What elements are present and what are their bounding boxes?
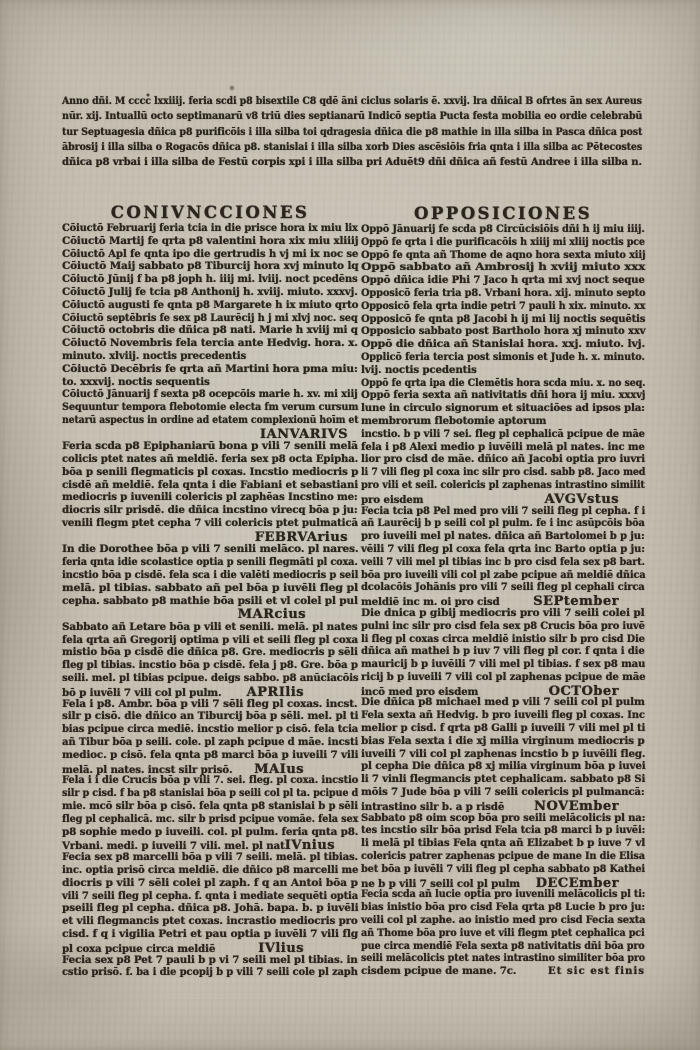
text-span: Cōiuctō Maij sabbato p8 Tiburcij hora xv… bbox=[62, 260, 358, 272]
text-span: añ Laurēcij b p seili col pl pulm. fe i … bbox=[361, 517, 645, 529]
text-line: cstio prisō. f. ba i die pcopij b p vili… bbox=[62, 966, 358, 979]
text-line: In die Dorothee bōa p vili 7 senili melā… bbox=[62, 543, 358, 556]
text-span: fela qrta añ Gregorij optima p vili et s… bbox=[62, 634, 358, 646]
text-span: Opposicō fela qrta indie petri 7 pauli h… bbox=[361, 300, 645, 312]
text-span: membrorum flebotomie aptorum bbox=[361, 415, 546, 427]
text-span: fleg pl tibias. incstio bōa p cisdē. fel… bbox=[62, 659, 358, 671]
text-span: Cōiuctō Jānuarij f sexta p8 ocepcōis mar… bbox=[62, 388, 358, 400]
text-line: Oppō feria sexta añ nativitatis dñi hora… bbox=[361, 389, 645, 402]
text-span: p8 sophie medo p iuveili. col. pl pulm. … bbox=[62, 826, 358, 838]
text-line: pulni inc silr pro cisd fela sex p8 Cruc… bbox=[361, 620, 645, 633]
page-background: Anno dñi. M cccc lxxiiij. feria scdi p8 … bbox=[0, 0, 700, 1050]
text-span: fleg pl cephalicā. mc. silr b prisd pcip… bbox=[62, 813, 358, 825]
text-span: melior p cisd. f qrta p8 Galli p iuveili… bbox=[361, 722, 645, 734]
text-line: Fecia tcia p8 Pel med pro vili 7 seili f… bbox=[361, 505, 645, 518]
intro-line: nūr. xij. Intuallū octo septimanarū v8 t… bbox=[62, 111, 642, 126]
text-span: Cōiuctō Jūnij f ba p8 joph h. iiij mi. l… bbox=[62, 273, 358, 285]
text-span: vēili 7 vili fleg pl coxa fela qrta inc … bbox=[361, 543, 645, 555]
text-span: lvij. noctis pcedentis bbox=[361, 364, 477, 376]
text-line: p8 sophie medo p iuveili. col. pl pulm. … bbox=[62, 826, 358, 839]
text-span: venili flegm ptet cepha 7 vili colericis… bbox=[62, 517, 358, 529]
text-line: Oppō dñica idie Phi 7 Jaco h qrta mi xvj… bbox=[361, 274, 645, 287]
column-header: CONIVNCCIONES bbox=[62, 203, 358, 222]
text-span: Oppō fe qnta añ Thome de aqno hora sexta… bbox=[361, 249, 645, 261]
month-header: MARcius bbox=[62, 607, 358, 621]
text-span: Oppō feria sexta añ nativitatis dñi hora… bbox=[361, 389, 645, 401]
text-span: tur Septuagesia dñica p8 purificōis i il… bbox=[62, 127, 642, 138]
text-span: Fecia scda añ lucie optia pro iuvenili m… bbox=[361, 888, 645, 900]
text-line: Oppō fe qrta ipa die Clemētis hora scda … bbox=[361, 377, 645, 390]
text-line: melā. pl tibias. sabbato añ pel bōa p iu… bbox=[62, 582, 358, 595]
text-line: li melā pl tibias Fela qnta añ Elizabet … bbox=[361, 837, 645, 850]
column-header: OPPOSICIONES bbox=[361, 204, 645, 223]
text-span: mediocris p iuvenili colericis pl zaphēa… bbox=[62, 491, 358, 503]
column-header-label: OPPOSICIONES bbox=[414, 204, 592, 223]
text-line: Cōiuctō Jūnij f ba p8 joph h. iiij mi. l… bbox=[62, 273, 358, 286]
text-line: fleg pl tibias. incstio bōa p cisdē. fel… bbox=[62, 659, 358, 672]
text-line: vili 7 seili fleg pl cepha. f. qnta i me… bbox=[62, 890, 358, 903]
column-header-label: CONIVNCCIONES bbox=[111, 203, 310, 222]
text-span: Opposicō feria tria p8. Vrbani hora. xij… bbox=[361, 287, 645, 299]
text-span: Cōiuctō Februarij feria tcia in die pris… bbox=[62, 222, 358, 234]
text-line: feria qnta idie scolastice optia p senil… bbox=[62, 556, 358, 569]
month-header: FEBRVArius bbox=[62, 530, 358, 544]
text-line: Cōiuctō Maij sabbato p8 Tiburcij hora xv… bbox=[62, 260, 358, 273]
text-span: Cōiuctō Novembris fela tercia ante Hedvi… bbox=[62, 337, 358, 349]
text-span: Oppō Jānuarij fe scda p8 Circūcisiōis dñ… bbox=[361, 223, 645, 235]
text-line: Oppō Jānuarij fe scda p8 Circūcisiōis dñ… bbox=[361, 223, 645, 236]
text-line: Fecia scda añ lucie optia pro iuvenili m… bbox=[361, 888, 645, 901]
text-line: Cōiuctō Jānuarij f sexta p8 ocepcōis mar… bbox=[62, 388, 358, 401]
text-line: Oppō sabbato añ Ambrosij h xviij miuto x… bbox=[361, 261, 645, 274]
left-column: CONIVNCCIONESCōiuctō Februarij feria tci… bbox=[62, 203, 358, 979]
text-span: Oppō sabbato añ Ambrosij h xviij miuto x… bbox=[361, 261, 645, 273]
text-line: Oppō fe qrta i die purificacōis h xiiij … bbox=[361, 236, 645, 249]
text-line: Feria scda p8 Epiphaniarū bona p vili 7 … bbox=[62, 440, 358, 453]
text-line: lune in circulo signorum et situaciōes a… bbox=[361, 402, 645, 415]
text-span: Opposicō fe qnta p8 Jacobi h ij mi lij n… bbox=[361, 313, 645, 325]
text-span: colicis ptet nates añ meldiē. feria sex … bbox=[62, 453, 358, 465]
text-line: to. xxxvij. noctis sequentis bbox=[62, 376, 358, 389]
text-line: silr p cisō. die dñico an Tiburcij bōa p… bbox=[62, 710, 358, 723]
text-span: dñica p8 vrbai i illa silba de Festū cor… bbox=[62, 157, 642, 168]
text-line: Opposicō fe qnta p8 Jacobi h ij mi lij n… bbox=[361, 313, 645, 326]
text-span: Opplicō feria tercia post simonis et Jud… bbox=[361, 351, 645, 363]
text-span: mōis 7 Jude bōa p vili 7 seili colericis… bbox=[361, 786, 645, 798]
text-line-with-month-header: incō med pro eisdemOCTOber bbox=[361, 684, 645, 697]
text-line-with-month-header: melā. pl nates. incst silr prisō.MAIus bbox=[62, 762, 358, 775]
text-line: Opposicō fela qrta indie petri 7 pauli h… bbox=[361, 300, 645, 313]
text-line-with-month-header: intrastino silr b. a p risdēNOVEmber bbox=[361, 799, 645, 812]
text-span: Oppō die dñica añ Stanislai hora. xxj. m… bbox=[361, 338, 645, 350]
text-span: pl cepha Die dñica p8 xj milia virginum … bbox=[361, 760, 645, 772]
text-line: netarū aspectus in ordine ad etatem comp… bbox=[62, 414, 358, 427]
intro-line: Anno dñi. M cccc lxxiiij. feria scdi p8 … bbox=[62, 96, 642, 111]
text-span: mauricij b p iuvēili 7 vili mel pl tibia… bbox=[361, 658, 645, 670]
text-line: Cōiuctō augusti fe qnta p8 Margarete h i… bbox=[62, 299, 358, 312]
text-span: seili. mel. pl tibias pcipue. deigs sabb… bbox=[62, 672, 358, 684]
text-span: Die dñica p8 michael med p vili 7 seili … bbox=[361, 696, 645, 708]
text-span: pulni inc silr pro cisd fela sex p8 Cruc… bbox=[361, 620, 645, 632]
text-line: veili 7 vili mel pl tibias inc b pro cis… bbox=[361, 556, 645, 569]
text-span: cepha. sabbato p8 mathie bōa psili et vl… bbox=[62, 595, 358, 607]
text-line: fleg pl cephalicā. mc. silr b prisd pcip… bbox=[62, 813, 358, 826]
text-line: cisdē añ meldiē. fela qnta i die Fabiani… bbox=[62, 479, 358, 492]
text-line: añ Laurēcij b p seili col pl pulm. fe i … bbox=[361, 517, 645, 530]
text-line: Oppō die dñica añ Stanislai hora. xxj. m… bbox=[361, 338, 645, 351]
text-span: fela i p8 Alexi medio p iuvēili melā pl … bbox=[361, 441, 645, 453]
text-span: veili 7 vili mel pl tibias inc b pro cis… bbox=[361, 556, 645, 568]
text-span: incstio. b p vili 7 sei. fleg pl cephali… bbox=[361, 428, 645, 440]
text-span: Anno dñi. M cccc lxxiiij. feria scdi p8 … bbox=[62, 96, 642, 107]
text-span: nūr. xij. Intuallū octo septimanarū v8 t… bbox=[62, 111, 642, 122]
text-line: seili. mel. pl tibias pcipue. deigs sabb… bbox=[62, 672, 358, 685]
text-line: minuto. xlviij. noctis precedentis bbox=[62, 350, 358, 363]
text-span: et vili flegmancis ptet coxas. incrastio… bbox=[62, 915, 358, 927]
text-span: vili 7 seili fleg pl cepha. f. qnta i me… bbox=[62, 890, 358, 902]
text-span: pro iuveili mel pl nates. dñica añ Barto… bbox=[361, 530, 645, 542]
text-line: medioc. p cisō. fela qnta p8 marci bōa p… bbox=[62, 749, 358, 762]
text-span: añ Tibur bōa p seili. cole. pl zaph pcip… bbox=[62, 736, 358, 748]
text-line: pro iuveili mel pl nates. dñica añ Barto… bbox=[361, 530, 645, 543]
text-span: colericis patrer zaphenas pcipue de mane… bbox=[361, 850, 645, 862]
text-span: Cōiuctō septēbris fe sex p8 Laurēcij h j… bbox=[62, 312, 358, 324]
text-span: cisdem pcipue de mane. 7c. bbox=[361, 965, 516, 977]
text-line: Cōiuctō Novembris fela tercia ante Hedvi… bbox=[62, 337, 358, 350]
text-span: seili melācolicis ptet nates intrastino … bbox=[361, 952, 645, 964]
right-column: OPPOSICIONESOppō Jānuarij fe scda p8 Cir… bbox=[361, 204, 645, 978]
text-line: li 7 vinli flegmancis ptet cephalicam. s… bbox=[361, 773, 645, 786]
text-line: añ Tibur bōa p seili. cole. pl zaph pcip… bbox=[62, 736, 358, 749]
text-span: Cōiuctō augusti fe qnta p8 Margarete h i… bbox=[62, 299, 358, 311]
text-span: pro vili et seil. colericis pl zaphenas … bbox=[361, 479, 645, 491]
text-span: silr p cisd. f ba p8 stanislai bōa p sei… bbox=[62, 787, 358, 799]
text-span: cisdē añ meldiē. fela qnta i die Fabiani… bbox=[62, 479, 358, 491]
text-span: bōa pro iuveili vili col pl zabe pcipue … bbox=[361, 569, 645, 581]
text-span: dñica añ mathei b p iuv 7 vili fleg pl c… bbox=[361, 645, 645, 657]
text-line: pue circa mendiē Fela sexta p8 nativitat… bbox=[361, 940, 645, 953]
text-span: Cōiuctō Apl fe qnta ipo die gertrudis h … bbox=[62, 248, 358, 260]
text-line: mediocris p iuvenili colericis pl zaphēa… bbox=[62, 491, 358, 504]
text-span: melā. pl tibias. sabbato añ pel bōa p iu… bbox=[62, 582, 358, 594]
text-span: mistio bōa p cisdē die dñica p8. Gre. me… bbox=[62, 646, 358, 658]
text-line: Fela i p8. Ambr. bōa p vili 7 sēli fleg … bbox=[62, 698, 358, 711]
text-line: seili melācolicis ptet nates intrastino … bbox=[361, 952, 645, 965]
text-line: mistio bōa p cisdē die dñica p8. Gre. me… bbox=[62, 646, 358, 659]
text-span: silr p cisō. die dñico an Tiburcij bōa p… bbox=[62, 710, 358, 722]
text-span: diocris silr prisdē. die dñica incstino … bbox=[62, 504, 358, 516]
text-line: Cōiuctō octobris die dñica p8 nati. Mari… bbox=[62, 324, 358, 337]
text-span: lune in circulo signorum et situaciōes a… bbox=[361, 402, 645, 414]
text-line-with-month-header: pro eisdemAVGVstus bbox=[361, 492, 645, 505]
text-line: Cōiuctō Februarij feria tcia in die pris… bbox=[62, 222, 358, 235]
text-span: li 7 vinli flegmancis ptet cephalicam. s… bbox=[361, 773, 645, 785]
text-line: mie. mcō silr bōa p cisō. fela qnta p8 s… bbox=[62, 800, 358, 813]
text-line: mauricij b p iuvēili 7 vili mel pl tibia… bbox=[361, 658, 645, 671]
text-line: bet bōa p iuvēli 7 vili fleg pl cepha sa… bbox=[361, 863, 645, 876]
text-span: pue circa mendiē Fela sexta p8 nativitat… bbox=[361, 940, 645, 952]
text-line: Sabbato añ Letare bōa p vili et senili. … bbox=[62, 621, 358, 634]
text-line: diocris silr prisdē. die dñica incstino … bbox=[62, 504, 358, 517]
text-span: Fela i p8. Ambr. bōa p vili 7 sēli fleg … bbox=[62, 698, 357, 710]
text-span: Oppō fe qrta ipa die Clemētis hora scda … bbox=[361, 377, 645, 389]
text-line: fela qrta añ Gregorij optima p vili et s… bbox=[62, 634, 358, 647]
text-span: minuto. xlviij. noctis precedentis bbox=[62, 350, 246, 362]
text-line: Opposicio sabbato post Bartholo hora xj … bbox=[361, 325, 645, 338]
text-span: Fecia tcia p8 Pel med pro vili 7 seili f… bbox=[361, 505, 645, 517]
text-line: veili col pl zaphe. ao inistio med pro c… bbox=[361, 914, 645, 927]
text-line: tes incstio silr bōa prisd Fela tcia p8 … bbox=[361, 824, 645, 837]
text-line: lior pro cisd de māe. dñico añ Jacobi op… bbox=[361, 453, 645, 466]
text-span: veili col pl zaphe. ao inistio med pro c… bbox=[361, 914, 645, 926]
text-span: Sequuntur tempora flebotomie electa fm v… bbox=[62, 401, 358, 413]
text-line: inc. optia prisō circa meldiē. die dñico… bbox=[62, 864, 358, 877]
text-line: li 7 vili fleg pl coxa inc silr pro cisd… bbox=[361, 466, 645, 479]
text-span: Cōiuctō Julij fe tcia p8 Anthonij h. xvi… bbox=[62, 286, 358, 298]
text-span: Sabbato p8 oim scop bōa pro seili melāco… bbox=[361, 812, 645, 824]
text-line-with-month-header: ne b p vili 7 seili col pl pulmDECEmber bbox=[361, 876, 645, 889]
text-span: ricij b p iuveili 7 vili col pl zaphenas… bbox=[361, 671, 645, 683]
text-span: cstio prisō. f. ba i die pcopij b p vili… bbox=[62, 966, 358, 978]
text-span: ābrosij i illa silba o Rogacōs dñica p8.… bbox=[62, 142, 642, 153]
text-span: Oppō fe qrta i die purificacōis h xiiij … bbox=[361, 236, 645, 248]
text-line: vēili 7 vili fleg pl coxa fela qrta inc … bbox=[361, 543, 645, 556]
text-span: lior pro cisd de māe. dñico añ Jacobi op… bbox=[361, 453, 645, 465]
text-line: ricij b p iuveili 7 vili col pl zaphenas… bbox=[361, 671, 645, 684]
text-span: pseili fleg pl cepha. dñica p8. Johā. ba… bbox=[62, 902, 358, 914]
text-span: Fela i i die Crucis bōa p vili 7. sei. f… bbox=[62, 774, 358, 786]
text-line: pl cepha Die dñica p8 xj milia virginum … bbox=[361, 760, 645, 773]
text-line: Fecia sex p8 marcelli bōa p vili 7 seili… bbox=[62, 851, 358, 864]
text-span: dcolacōis Johānis pro vili 7 seili fleg … bbox=[361, 581, 645, 593]
text-line: Sabbato p8 oim scop bōa pro seili melāco… bbox=[361, 812, 645, 825]
intro-paragraph: Anno dñi. M cccc lxxiiij. feria scdi p8 … bbox=[62, 96, 642, 172]
text-line: Die dñica p8 michael med p vili 7 seili … bbox=[361, 696, 645, 709]
text-line: bias pcipue circa mediē. incstio melior … bbox=[62, 723, 358, 736]
text-span: li melā pl tibias Fela qnta añ Elizabet … bbox=[361, 837, 645, 849]
text-line: cepha. sabbato p8 mathie bōa psili et vl… bbox=[62, 595, 358, 608]
text-line: bōa pro iuveili vili col pl zabe pcipue … bbox=[361, 569, 645, 582]
text-line: colericis patrer zaphenas pcipue de mane… bbox=[361, 850, 645, 863]
text-line: Sequuntur tempora flebotomie electa fm v… bbox=[62, 401, 358, 414]
text-line: Cōiuctō Decēbris fe qrta añ Martini hora… bbox=[62, 363, 358, 376]
text-line: mōis 7 Jude bōa p vili 7 seili colericis… bbox=[361, 786, 645, 799]
text-line: incstio bōa p cisdē. fela sca i die valē… bbox=[62, 569, 358, 582]
intro-line: tur Septuagesia dñica p8 purificōis i il… bbox=[62, 127, 642, 142]
text-line: pro vili et seil. colericis pl zaphenas … bbox=[361, 479, 645, 492]
text-line: diocris p vili 7 sēli colei pl zaph. f q… bbox=[62, 877, 358, 890]
text-span: bias Fela sexta i die xj milia virginum … bbox=[361, 735, 645, 747]
month-header: IANVARIVS bbox=[62, 427, 358, 441]
text-line: li fleg pl coxas circa meldiē inistio si… bbox=[361, 633, 645, 646]
text-line: Cōiuctō Martij fe qrta p8 valentini hora… bbox=[62, 235, 358, 248]
text-span: bias inistio bōa pro cisd Fela qrta p8 L… bbox=[361, 901, 645, 913]
text-line: iuveili 7 vili col pl zaphenas incstio b… bbox=[361, 748, 645, 761]
text-span: diocris p vili 7 sēli colei pl zaph. f q… bbox=[62, 877, 358, 889]
text-line: lvij. noctis pcedentis bbox=[361, 364, 645, 377]
text-line: fela i p8 Alexi medio p iuvēili melā pl … bbox=[361, 441, 645, 454]
text-span: Oppō dñica idie Phi 7 Jaco h qrta mi xvj… bbox=[361, 274, 645, 286]
text-line: Fela i i die Crucis bōa p vili 7. sei. f… bbox=[62, 774, 358, 787]
text-line: silr p cisd. f ba p8 stanislai bōa p sei… bbox=[62, 787, 358, 800]
text-line-with-month-header: meldiē inc m. oi pro cisdSEPtember bbox=[361, 594, 645, 607]
text-line-with-month-header: pl coxa pcipue circa meldiēIVlius bbox=[62, 941, 358, 954]
text-span: Fecia sex p8 marcelli bōa p vili 7 seili… bbox=[62, 851, 358, 863]
text-span: añ Thome bōa pro iuve et vili flegm ptet… bbox=[361, 927, 645, 939]
text-line: Fela sexta añ Hedvig. b pro iuveili fleg… bbox=[361, 709, 645, 722]
text-line: et vili flegmancis ptet coxas. incrastio… bbox=[62, 915, 358, 928]
text-span: bōa p senili flegmaticis pl coxas. Incst… bbox=[62, 466, 358, 478]
text-line: Opposicō feria tria p8. Vrbani hora. xij… bbox=[361, 287, 645, 300]
text-span: to. xxxvij. noctis sequentis bbox=[62, 376, 210, 388]
intro-line: dñica p8 vrbai i illa silba de Festū cor… bbox=[62, 157, 642, 172]
text-line: Cōiuctō Julij fe tcia p8 Anthonij h. xvi… bbox=[62, 286, 358, 299]
text-line: bōa p senili flegmaticis pl coxas. Incst… bbox=[62, 466, 358, 479]
text-span: Cōiuctō Martij fe qrta p8 valentini hora… bbox=[62, 235, 358, 247]
text-span: incstio bōa p cisdē. fela sca i die valē… bbox=[62, 569, 358, 581]
text-span: In die Dorothee bōa p vili 7 senili melā… bbox=[62, 543, 358, 555]
text-span: bet bōa p iuvēli 7 vili fleg pl cepha sa… bbox=[361, 863, 645, 875]
text-span: li fleg pl coxas circa meldiē inistio si… bbox=[361, 633, 645, 645]
text-line: venili flegm ptet cepha 7 vili colericis… bbox=[62, 517, 358, 530]
text-span: tes incstio silr bōa prisd Fela tcia p8 … bbox=[361, 824, 645, 836]
text-line: dcolacōis Johānis pro vili 7 seili fleg … bbox=[361, 581, 645, 594]
text-line: bias Fela sexta i die xj milia virginum … bbox=[361, 735, 645, 748]
text-line: Opplicō feria tercia post simonis et Jud… bbox=[361, 351, 645, 364]
text-span: feria qnta idie scolastice optia p senil… bbox=[62, 556, 358, 568]
text-line: pseili fleg pl cepha. dñica p8. Johā. ba… bbox=[62, 902, 358, 915]
text-span: Fela sexta añ Hedvig. b pro iuveili fleg… bbox=[361, 709, 645, 721]
text-span: iuveili 7 vili col pl zaphenas incstio b… bbox=[361, 748, 645, 760]
text-span: netarū aspectus in ordine ad etatem comp… bbox=[62, 414, 358, 426]
text-line: incstio. b p vili 7 sei. fleg pl cephali… bbox=[361, 428, 645, 441]
text-span: Cōiuctō octobris die dñica p8 nati. Mari… bbox=[62, 324, 358, 336]
text-line: dñica añ mathei b p iuv 7 vili fleg pl c… bbox=[361, 645, 645, 658]
text-span: medioc. p cisō. fela qnta p8 marci bōa p… bbox=[62, 749, 358, 761]
text-span: Sabbato añ Letare bōa p vili et senili. … bbox=[62, 621, 358, 633]
text-span: cisd. f q i vigilia Petri et pau optia p… bbox=[62, 928, 358, 940]
text-span: Fecia sex p8 Pet 7 pauli b p vi 7 seili … bbox=[62, 954, 358, 966]
text-line: Cōiuctō septēbris fe sex p8 Laurēcij h j… bbox=[62, 312, 358, 325]
text-span: Feria scda p8 Epiphaniarū bona p vili 7 … bbox=[62, 440, 358, 452]
closing-line: cisdem pcipue de mane. 7c.Et sic est fin… bbox=[361, 965, 645, 978]
colophon: Et sic est finis bbox=[548, 965, 645, 977]
text-span: inc. optia prisō circa meldiē. die dñico… bbox=[62, 864, 358, 876]
text-span: Opposicio sabbato post Bartholo hora xj … bbox=[361, 325, 645, 337]
text-line: membrorum flebotomie aptorum bbox=[361, 415, 645, 428]
text-line: Cōiuctō Apl fe qnta ipo die gertrudis h … bbox=[62, 248, 358, 261]
text-line: cisd. f q i vigilia Petri et pau optia p… bbox=[62, 928, 358, 941]
text-line: Oppō fe qnta añ Thome de aqno hora sexta… bbox=[361, 249, 645, 262]
text-line: Die dnica p gibij mediocris pro vili 7 s… bbox=[361, 607, 645, 620]
text-line: Fecia sex p8 Pet 7 pauli b p vi 7 seili … bbox=[62, 954, 358, 967]
text-span: Cōiuctō Decēbris fe qrta añ Martini hora… bbox=[62, 363, 358, 375]
text-span: li 7 vili fleg pl coxa inc silr pro cisd… bbox=[361, 466, 645, 478]
intro-line: ābrosij i illa silba o Rogacōs dñica p8.… bbox=[62, 142, 642, 157]
text-line: colicis ptet nates añ meldiē. feria sex … bbox=[62, 453, 358, 466]
text-line-with-month-header: bō p iuvēli 7 vili col pl pulm.APRIlis bbox=[62, 685, 358, 698]
text-span: bias pcipue circa mediē. incstio melior … bbox=[62, 723, 358, 735]
text-span: Die dnica p gibij mediocris pro vili 7 s… bbox=[361, 607, 645, 619]
text-line: bias inistio bōa pro cisd Fela qrta p8 L… bbox=[361, 901, 645, 914]
text-span: mie. mcō silr bōa p cisō. fela qnta p8 s… bbox=[62, 800, 358, 812]
text-line: añ Thome bōa pro iuve et vili flegm ptet… bbox=[361, 927, 645, 940]
text-line: melior p cisd. f qrta p8 Galli p iuveili… bbox=[361, 722, 645, 735]
text-line-with-month-header: Vrbani. medi. p iuveili 7 vili. mel. pl … bbox=[62, 838, 358, 851]
